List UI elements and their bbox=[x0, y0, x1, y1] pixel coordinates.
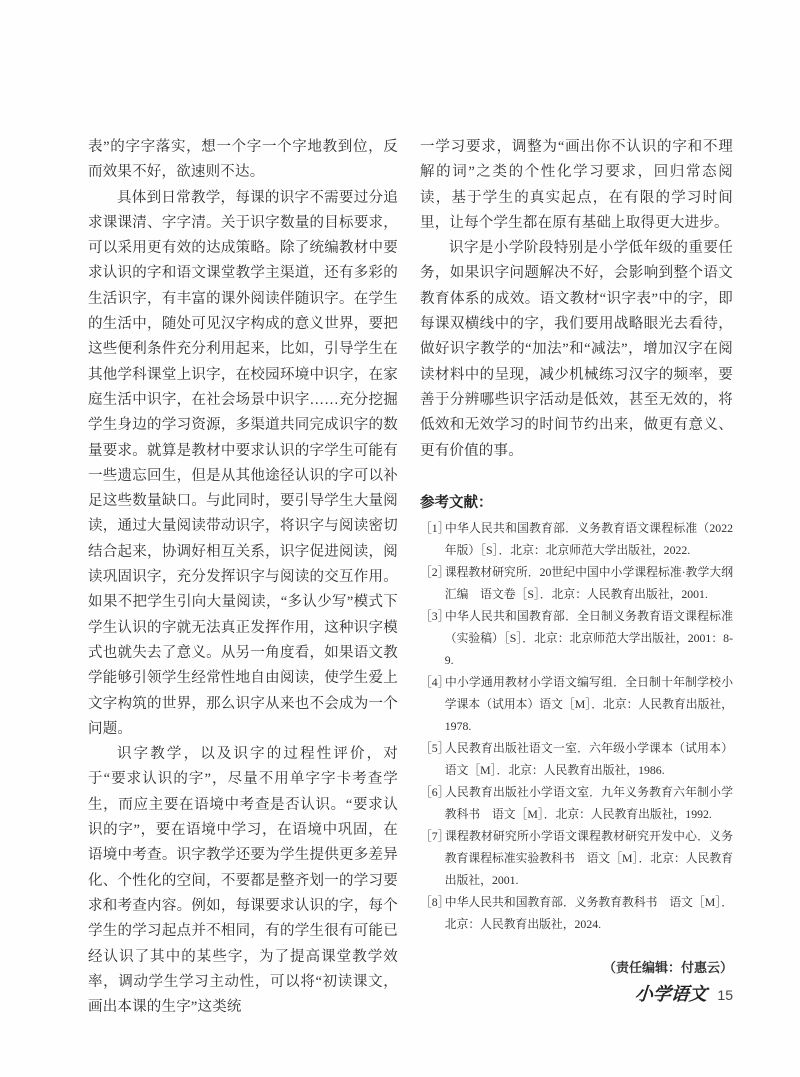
two-column-layout: 表”的字字落实，想一个字一个字地教到位，反而效果不好，欲速则不达。 具体到日常教… bbox=[88, 135, 733, 1020]
left-column: 表”的字字落实，想一个字一个字地教到位，反而效果不好，欲速则不达。 具体到日常教… bbox=[88, 135, 398, 1020]
body-paragraph: 一学习要求，调整为“画出你不认识的字和不理解的词”之类的个性化学习要求，回归常态… bbox=[420, 135, 733, 236]
body-paragraph: 识字教学，以及识字的过程性评价，对于“要求认识的字”，尽量不用单字字卡考查学生，… bbox=[88, 742, 398, 1020]
reference-label: ［1］ bbox=[420, 517, 445, 539]
page-footer: 小学语文 15 bbox=[635, 980, 733, 1006]
reference-label: ［2］ bbox=[420, 561, 445, 583]
reference-text: 课程教材研究所小学语文课程教材研究开发中心．义务教育课程标准实验教科书 语文［M… bbox=[445, 829, 733, 887]
reference-item: ［5］人民教育出版社语文一室．六年级小学课本（试用本）语文［M］．北京：人民教育… bbox=[420, 737, 733, 781]
reference-text: 中华人民共和国教育部．义务教育教科书 语文［M］．北京：人民教育出版社，2024… bbox=[445, 895, 733, 931]
references-list: ［1］中华人民共和国教育部．义务教育语文课程标准（2022年版）［S］．北京：北… bbox=[420, 517, 733, 935]
reference-text: 人民教育出版社小学语文室．九年义务教育六年制小学教科书 语文［M］．北京：人民教… bbox=[445, 785, 733, 821]
body-paragraph: 识字是小学阶段特别是小学低年级的重要任务，如果识字问题解决不好，会影响到整个语文… bbox=[420, 236, 733, 464]
reference-label: ［3］ bbox=[420, 605, 445, 627]
right-column-body: 一学习要求，调整为“画出你不认识的字和不理解的词”之类的个性化学习要求，回归常态… bbox=[420, 135, 733, 464]
reference-item: ［3］中华人民共和国教育部．全日制义务教育语文课程标准（实验稿）［S］．北京：北… bbox=[420, 605, 733, 671]
reference-label: ［7］ bbox=[420, 825, 445, 847]
reference-item: ［8］中华人民共和国教育部．义务教育教科书 语文［M］．北京：人民教育出版社，2… bbox=[420, 891, 733, 935]
reference-text: 中小学通用教材小学语文编写组．全日制十年制学校小学课本（试用本）语文［M］．北京… bbox=[445, 675, 733, 733]
body-paragraph: 具体到日常教学，每课的识字不需要过分追求课课清、字字清。关于识字数量的目标要求，… bbox=[88, 186, 398, 743]
reference-label: ［6］ bbox=[420, 781, 445, 803]
journal-name: 小学语文 bbox=[635, 980, 709, 1006]
reference-item: ［2］课程教材研究所．20世纪中国中小学课程标准·教学大纲汇编 语文卷［S］．北… bbox=[420, 561, 733, 605]
references-heading: 参考文献： bbox=[420, 492, 733, 515]
editor-credit: （责任编辑：付惠云） bbox=[420, 957, 733, 976]
reference-item: ［4］中小学通用教材小学语文编写组．全日制十年制学校小学课本（试用本）语文［M］… bbox=[420, 671, 733, 737]
reference-label: ［8］ bbox=[420, 891, 445, 913]
reference-item: ［7］课程教材研究所小学语文课程教材研究开发中心．义务教育课程标准实验教科书 语… bbox=[420, 825, 733, 891]
right-column: 一学习要求，调整为“画出你不认识的字和不理解的词”之类的个性化学习要求，回归常态… bbox=[420, 135, 733, 1020]
reference-text: 中华人民共和国教育部．义务教育语文课程标准（2022年版）［S］．北京：北京师范… bbox=[445, 521, 733, 557]
reference-item: ［6］人民教育出版社小学语文室．九年义务教育六年制小学教科书 语文［M］．北京：… bbox=[420, 781, 733, 825]
body-paragraph: 表”的字字落实，想一个字一个字地教到位，反而效果不好，欲速则不达。 bbox=[88, 135, 398, 186]
reference-text: 课程教材研究所．20世纪中国中小学课程标准·教学大纲汇编 语文卷［S］．北京：人… bbox=[445, 565, 733, 601]
reference-label: ［5］ bbox=[420, 737, 445, 759]
page-number: 15 bbox=[717, 987, 733, 1003]
reference-text: 人民教育出版社语文一室．六年级小学课本（试用本）语文［M］．北京：人民教育出版社… bbox=[445, 741, 733, 777]
reference-text: 中华人民共和国教育部．全日制义务教育语文课程标准（实验稿）［S］．北京：北京师范… bbox=[445, 609, 733, 667]
journal-page: 表”的字字落实，想一个字一个字地教到位，反而效果不好，欲速则不达。 具体到日常教… bbox=[0, 0, 800, 1077]
reference-label: ［4］ bbox=[420, 671, 445, 693]
reference-item: ［1］中华人民共和国教育部．义务教育语文课程标准（2022年版）［S］．北京：北… bbox=[420, 517, 733, 561]
